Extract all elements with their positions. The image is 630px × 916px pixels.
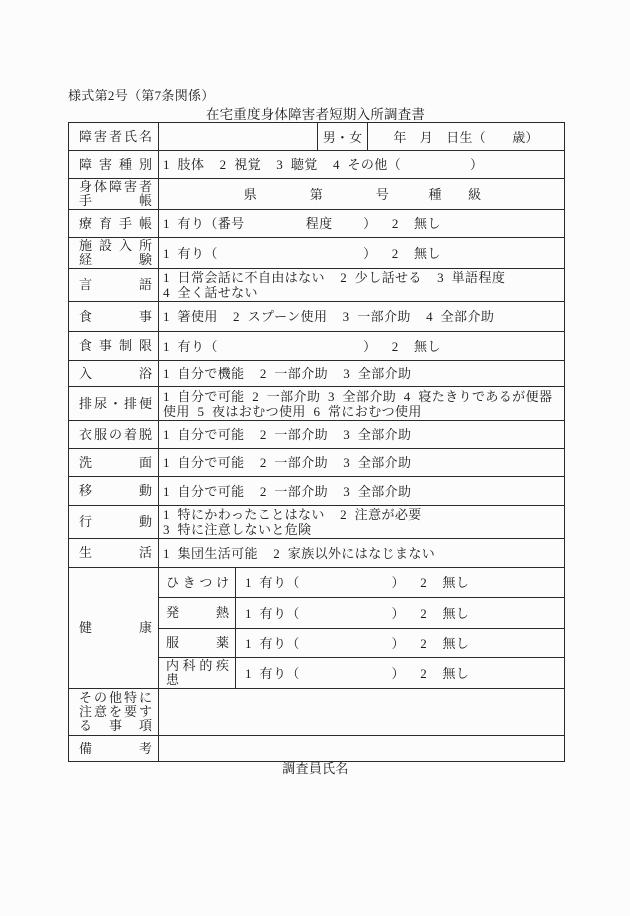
content-disability-certificate: 県 第 号 種 級 bbox=[159, 179, 565, 210]
label-health: 健 康 bbox=[69, 568, 159, 689]
content-dressing: 1 自分で可能 2 一部介助 3 全部介助 bbox=[159, 421, 565, 449]
content-fever: 1 有り（ ） 2 無し bbox=[236, 598, 565, 629]
row-facility-admission-history: 施設入所 経 験 1 有り（ ） 2 無し bbox=[69, 238, 565, 269]
row-daily-life: 生 活 1 集団生活可能 2 家族以外にはなじまない bbox=[69, 539, 565, 568]
row-language: 言 語 1 日常会話に不自由はない 2 少し話せる 3 単語程度 4 全く話せな… bbox=[69, 269, 565, 302]
row-face-washing: 洗 面 1 自分で可能 2 一部介助 3 全部介助 bbox=[69, 449, 565, 477]
content-medication: 1 有り（ ） 2 無し bbox=[236, 629, 565, 658]
survey-table: 障害者氏名 男・女 年 月 日生（ 歳） 障害種別 1 肢体 2 視覚 3 聴覚… bbox=[68, 122, 565, 762]
row-diet-restriction: 食事制限 1 有り（ ） 2 無し bbox=[69, 332, 565, 361]
row-dressing: 衣服の着脱 1 自分で可能 2 一部介助 3 全部介助 bbox=[69, 421, 565, 449]
label-disability-certificate: 身体障害者 手 帳 bbox=[69, 179, 159, 210]
label-medication: 服 薬 bbox=[159, 629, 236, 658]
content-meals: 1 箸使用 2 スプーン使用 3 一部介助 4 全部介助 bbox=[159, 302, 565, 332]
row-special-notes: その他特に 注意を要す る 事 項 bbox=[69, 689, 565, 736]
birthdate-cell: 年 月 日生（ 歳） bbox=[368, 123, 565, 151]
content-internal-disease: 1 有り（ ） 2 無し bbox=[236, 658, 565, 689]
label-diet-restriction: 食事制限 bbox=[69, 332, 159, 361]
investigator-name-label: 調査員氏名 bbox=[68, 758, 563, 777]
content-seizures: 1 有り（ ） 2 無し bbox=[236, 568, 565, 598]
label-facility-admission-history: 施設入所 経 験 bbox=[69, 238, 159, 269]
page-title: 在宅重度身体障害者短期入所調査書 bbox=[68, 103, 563, 123]
content-special-notes bbox=[159, 689, 565, 736]
label-seizures: ひきつけ bbox=[159, 568, 236, 598]
row-disability-type: 障害種別 1 肢体 2 視覚 3 聴覚 4 その他（ ） bbox=[69, 151, 565, 179]
row-urination-defecation: 排尿・排便 1 自分で可能 2 一部介助 3 全部介助 4 寝たきりであるが便器… bbox=[69, 387, 565, 421]
row-mobility: 移 動 1 自分で可能 2 一部介助 3 全部介助 bbox=[69, 477, 565, 506]
content-mobility: 1 自分で可能 2 一部介助 3 全部介助 bbox=[159, 477, 565, 506]
content-rehabilitation-certificate: 1 有り（番号 程度 ） 2 無し bbox=[159, 210, 565, 238]
row-bathing: 入 浴 1 自分で機能 2 一部介助 3 全部介助 bbox=[69, 361, 565, 387]
gender-cell: 男・女 bbox=[318, 123, 368, 151]
label-internal-disease: 内科的疾患 bbox=[159, 658, 236, 689]
label-disability-type: 障害種別 bbox=[69, 151, 159, 179]
row-meals: 食 事 1 箸使用 2 スプーン使用 3 一部介助 4 全部介助 bbox=[69, 302, 565, 332]
label-special-notes: その他特に 注意を要す る 事 項 bbox=[69, 689, 159, 736]
label-daily-life: 生 活 bbox=[69, 539, 159, 568]
label-behavior: 行 動 bbox=[69, 506, 159, 539]
content-disability-type: 1 肢体 2 視覚 3 聴覚 4 その他（ ） bbox=[159, 151, 565, 179]
label-language: 言 語 bbox=[69, 269, 159, 302]
content-language: 1 日常会話に不自由はない 2 少し話せる 3 単語程度 4 全く話せない bbox=[159, 269, 565, 302]
content-facility-admission-history: 1 有り（ ） 2 無し bbox=[159, 238, 565, 269]
row-rehabilitation-certificate: 療育手帳 1 有り（番号 程度 ） 2 無し bbox=[69, 210, 565, 238]
label-bathing: 入 浴 bbox=[69, 361, 159, 387]
document-sheet: 様式第2号（第7条関係） 在宅重度身体障害者短期入所調査書 障害者氏名 男・女 … bbox=[0, 0, 630, 916]
label-dressing: 衣服の着脱 bbox=[69, 421, 159, 449]
row-health-seizures: 健 康 ひきつけ 1 有り（ ） 2 無し bbox=[69, 568, 565, 598]
content-daily-life: 1 集団生活可能 2 家族以外にはなじまない bbox=[159, 539, 565, 568]
label-rehabilitation-certificate: 療育手帳 bbox=[69, 210, 159, 238]
row-disability-certificate: 身体障害者 手 帳 県 第 号 種 級 bbox=[69, 179, 565, 210]
label-meals: 食 事 bbox=[69, 302, 159, 332]
form-number: 様式第2号（第7条関係） bbox=[68, 85, 215, 104]
label-urination-defecation: 排尿・排便 bbox=[69, 387, 159, 421]
label-face-washing: 洗 面 bbox=[69, 449, 159, 477]
label-fever: 発 熱 bbox=[159, 598, 236, 629]
label-mobility: 移 動 bbox=[69, 477, 159, 506]
content-diet-restriction: 1 有り（ ） 2 無し bbox=[159, 332, 565, 361]
row-patient-name: 障害者氏名 男・女 年 月 日生（ 歳） bbox=[69, 123, 565, 151]
label-patient-name: 障害者氏名 bbox=[69, 123, 159, 151]
content-face-washing: 1 自分で可能 2 一部介助 3 全部介助 bbox=[159, 449, 565, 477]
content-behavior: 1 特にかわったことはない 2 注意が必要 3 特に注意しないと危険 bbox=[159, 506, 565, 539]
row-behavior: 行 動 1 特にかわったことはない 2 注意が必要 3 特に注意しないと危険 bbox=[69, 506, 565, 539]
content-bathing: 1 自分で機能 2 一部介助 3 全部介助 bbox=[159, 361, 565, 387]
patient-name-blank bbox=[159, 123, 318, 151]
content-urination-defecation: 1 自分で可能 2 一部介助 3 全部介助 4 寝たきりであるが便器 使用 5 … bbox=[159, 387, 565, 421]
